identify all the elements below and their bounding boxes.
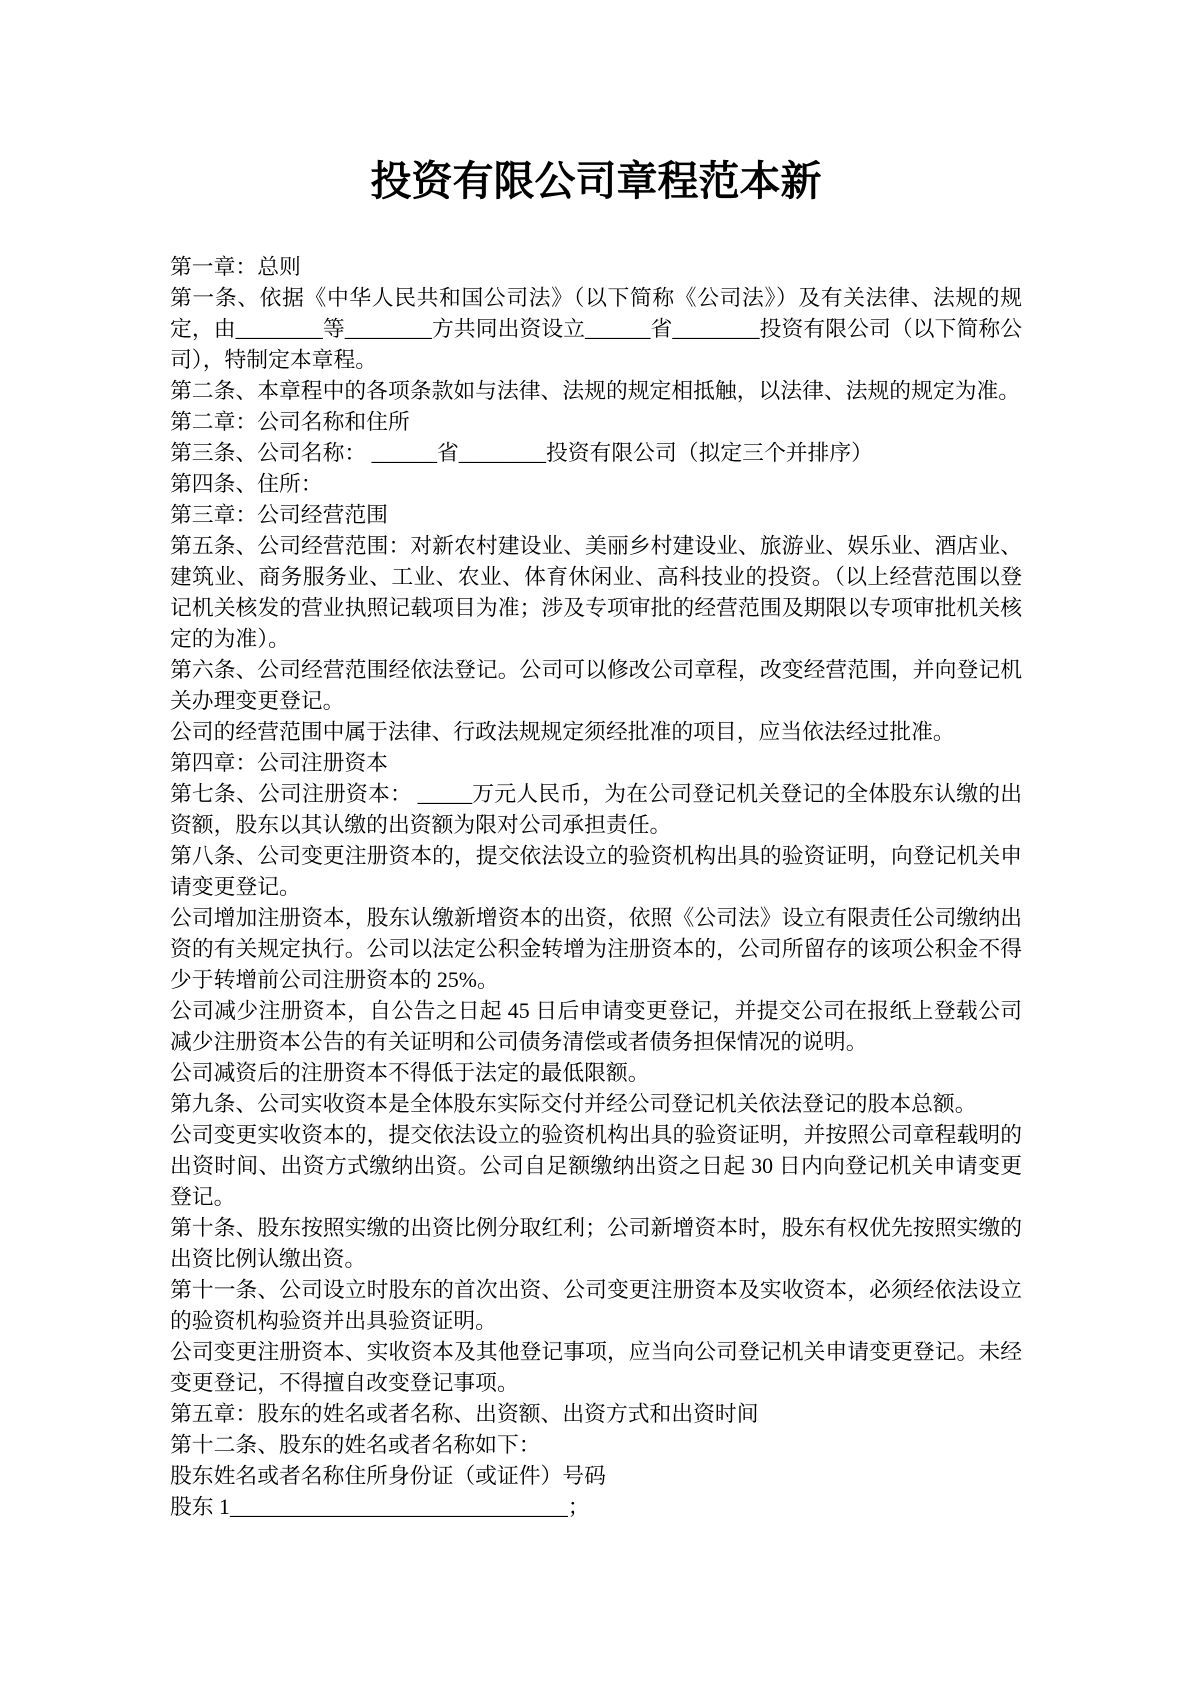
article-6-continuation: 公司的经营范围中属于法律、行政法规规定须经批准的项目，应当依法经过批准。 [170, 717, 1022, 748]
article-8-minimum-capital: 公司减资后的注册资本不得低于法定的最低限额。 [170, 1058, 1022, 1089]
shareholder-table-header: 股东姓名或者名称住所身份证（或证件）号码 [170, 1461, 1022, 1492]
article-2: 第二条、本章程中的各项条款如与法律、法规的规定相抵触，以法律、法规的规定为准。 [170, 376, 1022, 407]
article-11: 第十一条、公司设立时股东的首次出资、公司变更注册资本及实收资本，必须经依法设立的… [170, 1275, 1022, 1337]
article-9: 第九条、公司实收资本是全体股东实际交付并经公司登记机关依法登记的股本总额。 [170, 1089, 1022, 1120]
shareholder-1-blank-line: 股东 1_______________________________； [170, 1492, 1022, 1523]
chapter-1-heading: 第一章：总则 [170, 252, 1022, 283]
article-4: 第四条、住所： [170, 469, 1022, 500]
document-title: 投资有限公司章程范本新 [170, 150, 1022, 212]
document-page: 投资有限公司章程范本新 第一章：总则 第一条、依据《中华人民共和国公司法》（以下… [0, 0, 1190, 1683]
article-10: 第十条、股东按照实缴的出资比例分取红利；公司新增资本时，股东有权优先按照实缴的出… [170, 1213, 1022, 1275]
article-6: 第六条、公司经营范围经依法登记。公司可以修改公司章程，改变经营范围，并向登记机关… [170, 655, 1022, 717]
article-8-decrease-capital: 公司减少注册资本，自公告之日起 45 日后申请变更登记，并提交公司在报纸上登载公… [170, 996, 1022, 1058]
article-8: 第八条、公司变更注册资本的，提交依法设立的验资机构出具的验资证明，向登记机关申请… [170, 841, 1022, 903]
article-12: 第十二条、股东的姓名或者名称如下： [170, 1430, 1022, 1461]
chapter-4-heading: 第四章：公司注册资本 [170, 748, 1022, 779]
article-7: 第七条、公司注册资本： _____万元人民币，为在公司登记机关登记的全体股东认缴… [170, 779, 1022, 841]
article-11-continuation: 公司变更注册资本、实收资本及其他登记事项，应当向公司登记机关申请变更登记。未经变… [170, 1337, 1022, 1399]
article-8-increase-capital: 公司增加注册资本，股东认缴新增资本的出资，依照《公司法》设立有限责任公司缴纳出资… [170, 903, 1022, 996]
article-9-continuation: 公司变更实收资本的，提交依法设立的验资机构出具的验资证明，并按照公司章程载明的出… [170, 1120, 1022, 1213]
chapter-5-heading: 第五章：股东的姓名或者名称、出资额、出资方式和出资时间 [170, 1399, 1022, 1430]
article-1: 第一条、依据《中华人民共和国公司法》（以下简称《公司法》）及有关法律、法规的规定… [170, 283, 1022, 376]
chapter-3-heading: 第三章：公司经营范围 [170, 500, 1022, 531]
article-3: 第三条、公司名称： ______省________投资有限公司（拟定三个并排序） [170, 438, 1022, 469]
document-body: 第一章：总则 第一条、依据《中华人民共和国公司法》（以下简称《公司法》）及有关法… [170, 252, 1022, 1523]
article-5: 第五条、公司经营范围：对新农村建设业、美丽乡村建设业、旅游业、娱乐业、酒店业、建… [170, 531, 1022, 655]
chapter-2-heading: 第二章：公司名称和住所 [170, 407, 1022, 438]
